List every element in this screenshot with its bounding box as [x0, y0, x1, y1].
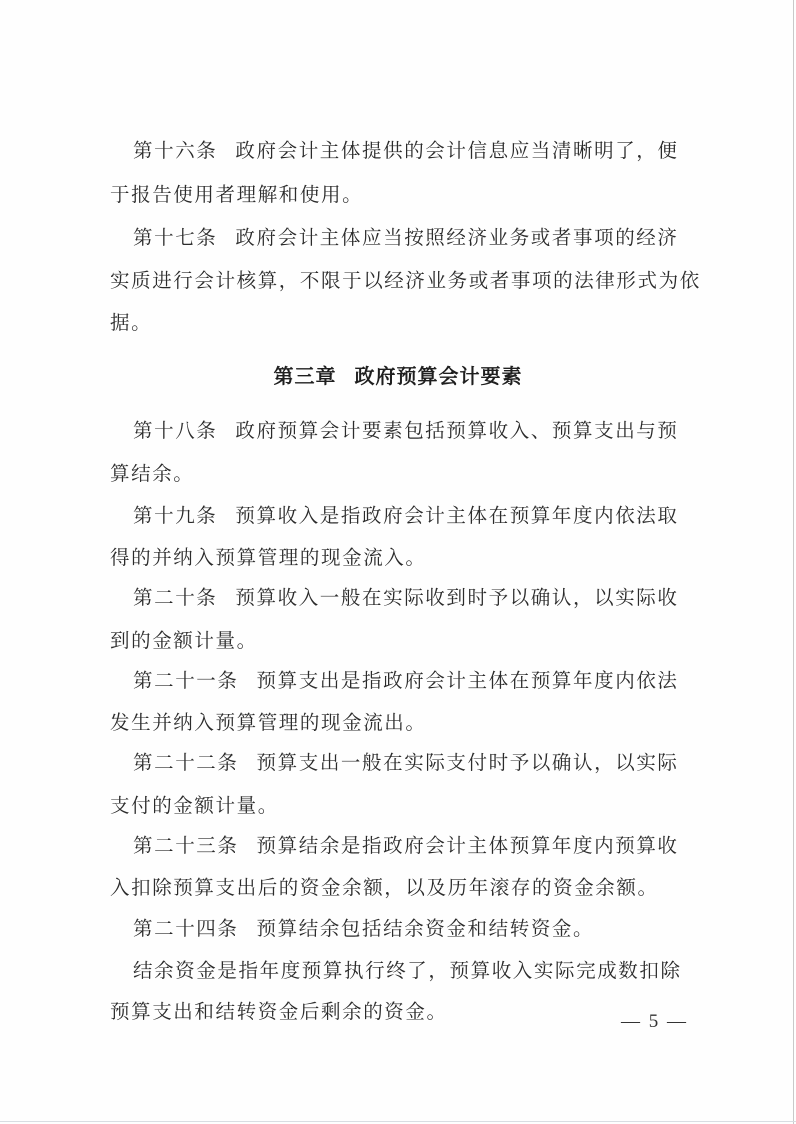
article-17-line-3: 据。	[110, 310, 690, 336]
surplus-funds-line-1: 结余资金是指年度预算执行终了，预算收入实际完成数扣除	[133, 958, 693, 984]
surplus-funds-line-2: 预算支出和结转资金后剩余的资金。	[110, 999, 690, 1025]
article-number: 第二十一条	[133, 669, 239, 692]
chapter-title: 政府预算会计要素	[355, 364, 523, 388]
article-number: 第二十条	[133, 586, 217, 609]
article-text: 政府会计主体应当按照经济业务或者事项的经济	[235, 226, 678, 249]
article-19-line-2: 得的并纳入预算管理的现金流入。	[110, 545, 690, 571]
article-text: 预算结余包括结余资金和结转资金。	[257, 917, 595, 940]
article-text: 预算收入是指政府会计主体在预算年度内依法取	[235, 504, 678, 527]
article-text: 预算收入一般在实际收到时予以确认，以实际收	[235, 586, 678, 609]
article-19-line-1: 第十九条预算收入是指政府会计主体在预算年度内依法取	[133, 503, 693, 529]
article-17-line-1: 第十七条政府会计主体应当按照经济业务或者事项的经济	[133, 225, 693, 251]
chapter-number: 第三章	[274, 364, 337, 388]
article-20-line-2: 到的金额计量。	[110, 628, 690, 654]
article-16-line-2: 于报告使用者理解和使用。	[110, 182, 690, 208]
article-text: 预算支出是指政府会计主体在预算年度内依法	[257, 669, 679, 692]
article-number: 第二十四条	[133, 917, 239, 940]
page-number: — 5 —	[621, 1010, 688, 1034]
article-text: 政府预算会计要素包括预算收入、预算支出与预	[235, 419, 678, 442]
article-18-line-2: 算结余。	[110, 461, 690, 487]
article-17-line-2: 实质进行会计核算，不限于以经济业务或者事项的法律形式为依	[110, 268, 690, 294]
article-24-line-1: 第二十四条预算结余包括结余资金和结转资金。	[133, 916, 693, 942]
article-number: 第十八条	[133, 419, 217, 442]
article-20-line-1: 第二十条预算收入一般在实际收到时予以确认，以实际收	[133, 585, 693, 611]
article-text: 预算结余是指政府会计主体预算年度内预算收	[257, 834, 679, 857]
article-16-line-1: 第十六条政府会计主体提供的会计信息应当清晰明了，便	[133, 138, 693, 164]
chapter-heading: 第三章政府预算会计要素	[0, 363, 796, 389]
article-23-line-2: 入扣除预算支出后的资金余额，以及历年滚存的资金余额。	[110, 875, 690, 901]
article-number: 第二十二条	[133, 751, 239, 774]
scan-edge-bottom	[0, 1121, 796, 1122]
article-text: 预算支出一般在实际支付时予以确认，以实际	[257, 751, 679, 774]
article-22-line-2: 支付的金额计量。	[110, 793, 690, 819]
article-number: 第十六条	[133, 139, 217, 162]
article-number: 第二十三条	[133, 834, 239, 857]
article-21-line-1: 第二十一条预算支出是指政府会计主体在预算年度内依法	[133, 668, 693, 694]
article-number: 第十七条	[133, 226, 217, 249]
article-text: 政府会计主体提供的会计信息应当清晰明了，便	[235, 139, 678, 162]
article-22-line-1: 第二十二条预算支出一般在实际支付时予以确认，以实际	[133, 750, 693, 776]
article-18-line-1: 第十八条政府预算会计要素包括预算收入、预算支出与预	[133, 418, 693, 444]
document-page: 第十六条政府会计主体提供的会计信息应当清晰明了，便 于报告使用者理解和使用。 第…	[0, 0, 796, 1124]
article-21-line-2: 发生并纳入预算管理的现金流出。	[110, 710, 690, 736]
article-23-line-1: 第二十三条预算结余是指政府会计主体预算年度内预算收	[133, 833, 693, 859]
article-number: 第十九条	[133, 504, 217, 527]
scan-edge-right	[793, 0, 794, 1124]
